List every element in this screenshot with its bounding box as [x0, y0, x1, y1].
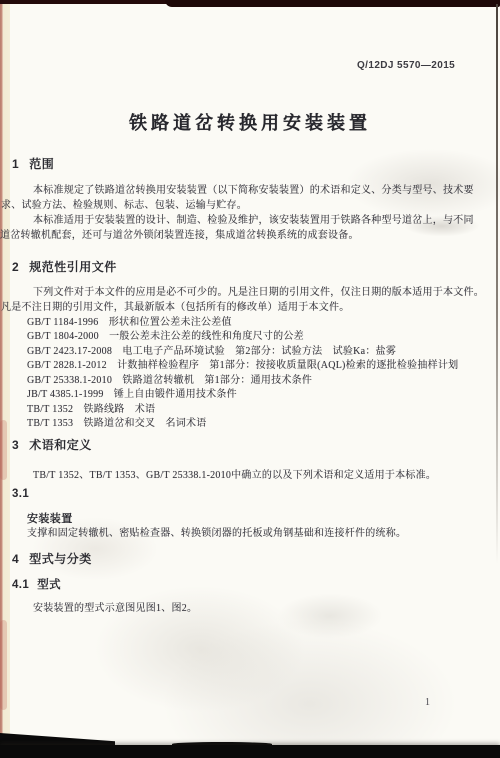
paragraph-line: 本标准适用于安装装置的设计、制造、检验及维护，该安装装置用于铁路各种型号道岔上，…	[33, 211, 474, 226]
paragraph-line: 道岔转辙机配套，还可与道岔外锁闭装置连接，集成道岔转换系统的成套设备。	[0, 226, 359, 241]
reference-item: GB/T 1804-2000 一般公差未注公差的线性和角度尺寸的公差	[27, 327, 304, 342]
clause-number: 2	[12, 260, 19, 274]
section-3-heading: 3术语和定义	[12, 436, 92, 453]
paragraph-line: 下列文件对于本文件的应用是必不可少的。凡是注日期的引用文件，仅注日期的版本适用于…	[33, 283, 484, 298]
paragraph-line: 求、试验方法、检验规则、标志、包装、运输与贮存。	[1, 196, 247, 211]
page-edge-right-line	[496, 4, 498, 564]
section-heading-label: 型式	[37, 579, 61, 591]
paragraph-line: TB/T 1352、TB/T 1353、GB/T 25338.1-2010中确立…	[33, 466, 436, 481]
section-2-heading: 2规范性引用文件	[12, 258, 117, 275]
page-number: 1	[425, 697, 430, 708]
page-edge-top-right	[165, 0, 500, 7]
reference-item: JB/T 4385.1-1999 锤上自由锻件通用技术条件	[27, 385, 237, 400]
reference-item: GB/T 2828.1-2012 计数抽样检验程序 第1部分：按接收质量限(AQ…	[27, 356, 458, 371]
reference-item: GB/T 25338.1-2010 铁路道岔转辙机 第1部分：通用技术条件	[27, 371, 312, 386]
document-title: 铁路道岔转换用安装装置	[0, 109, 500, 135]
reference-item: TB/T 1352 铁路线路 术语	[27, 400, 155, 415]
section-heading-label: 型式与分类	[29, 552, 92, 566]
term-definition: 支撑和固定转辙机、密贴检查器、转换锁闭器的托板或角钢基础和连接杆件的统称。	[27, 524, 406, 539]
paragraph-line: 凡是不注日期的引用文件，其最新版本（包括所有的修改单）适用于本文件。	[1, 298, 350, 313]
reference-item: GB/T 2423.17-2008 电工电子产品环境试验 第2部分：试验方法 试…	[27, 342, 396, 357]
section-heading-label: 规范性引用文件	[29, 260, 117, 274]
clause-number: 4.1	[12, 579, 29, 591]
standard-code: Q/12DJ 5570—2015	[357, 60, 455, 71]
clause-number: 3	[12, 438, 19, 452]
subsection-4-1-heading: 4.1型式	[12, 576, 61, 592]
section-heading-label: 术语和定义	[29, 438, 92, 452]
reference-item: GB/T 1184-1996 形状和位置公差未注公差值	[27, 313, 232, 328]
clause-number: 4	[12, 552, 19, 566]
clause-number: 1	[12, 157, 19, 171]
section-1-heading: 1范围	[12, 155, 54, 172]
left-edge-blotch	[0, 620, 7, 710]
section-4-heading: 4型式与分类	[12, 550, 92, 567]
scanned-document: Q/12DJ 5570—2015 铁路道岔转换用安装装置 1范围 本标准规定了铁…	[0, 0, 500, 758]
paragraph-line: 本标准规定了铁路道岔转换用安装装置（以下简称安装装置）的术语和定义、分类与型号、…	[33, 181, 474, 196]
term-number: 3.1	[12, 488, 29, 500]
section-heading-label: 范围	[29, 157, 54, 171]
paragraph-line: 安装装置的型式示意图见图1、图2。	[33, 599, 197, 614]
left-edge-blotch	[0, 420, 7, 480]
page-edge-bottom	[0, 745, 500, 758]
reference-item: TB/T 1353 铁路道岔和交叉 名词术语	[27, 414, 206, 429]
